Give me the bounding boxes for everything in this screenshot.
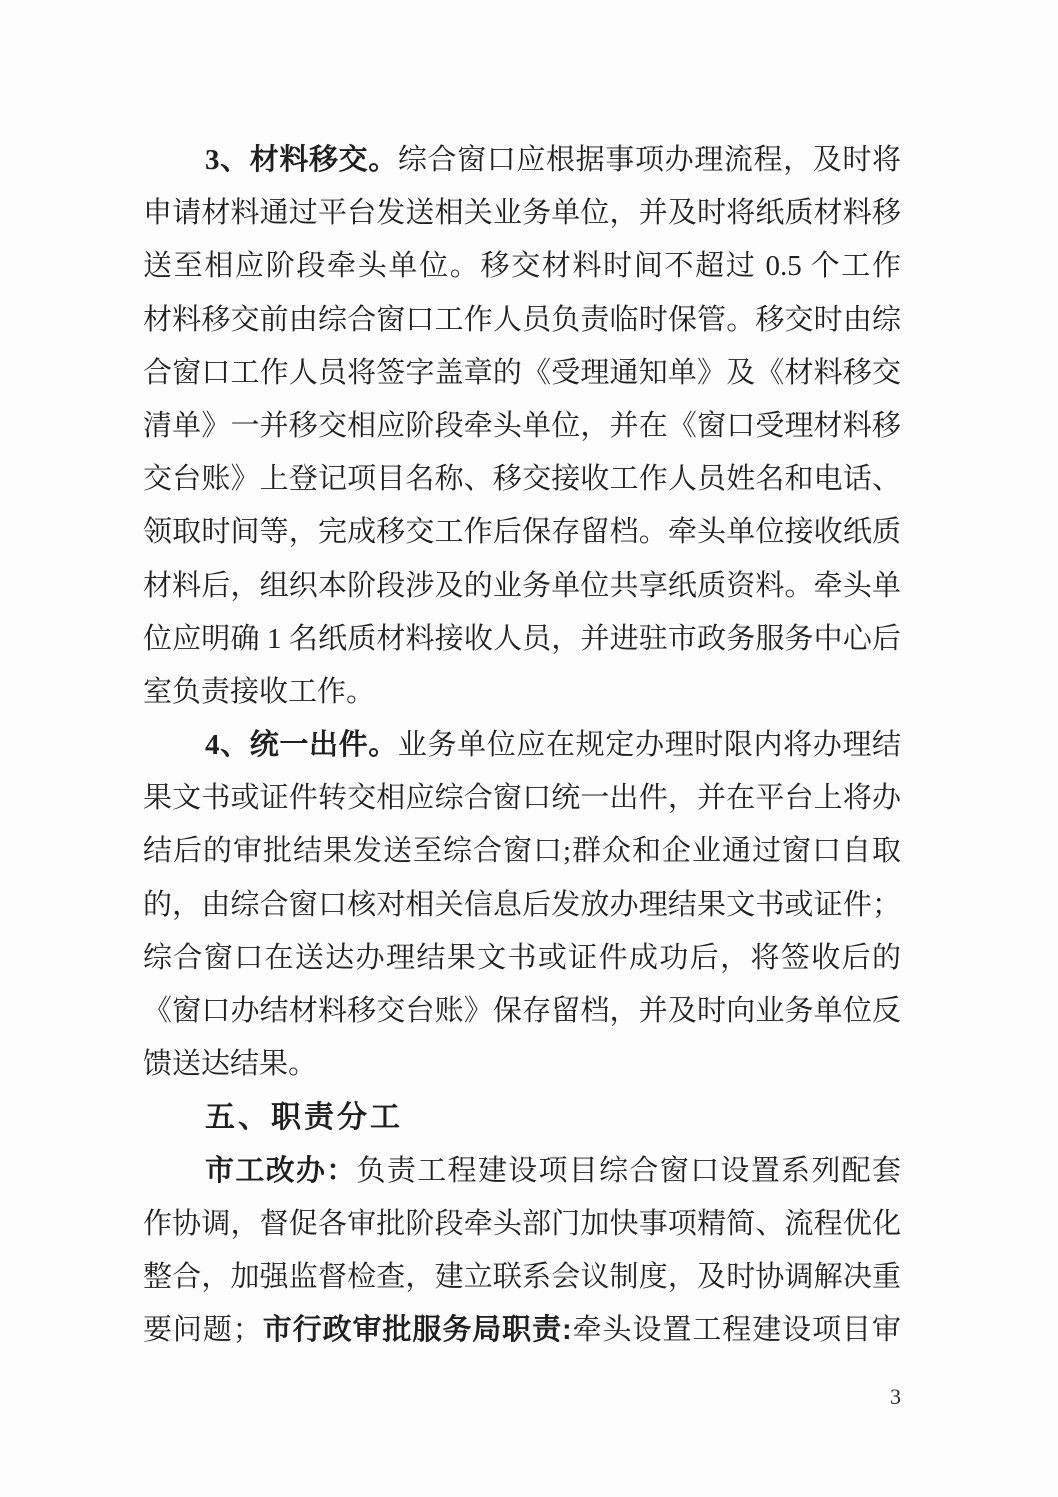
text-run: 牵头设置工程建设项目审 [572,1314,901,1346]
emphasized-text-run: 市行政审批服务局职责: [262,1314,572,1346]
text-run: 交台账》上登记项目名称、移交接收工作人员姓名和电话、 [143,463,901,495]
text-line: 室负责接收工作。 [143,666,901,719]
text-line: 申请材料通过平台发送相关业务单位，并及时将纸质材料移 [143,187,901,240]
text-run: 结后的审批结果发送至综合窗口;群众和企业通过窗口自取 [143,835,901,867]
text-run: 材料后，组织本阶段涉及的业务单位共享纸质资料。牵头单 [143,570,901,602]
emphasized-text-run: 市工改办： [205,1155,357,1187]
text-line: 要问题；市行政审批服务局职责:牵头设置工程建设项目审 [143,1304,901,1357]
text-run: 《窗口办结材料移交台账》保存留档，并及时向业务单位反 [143,995,901,1027]
text-run: 综合窗口在送达办理结果文书或证件成功后，将签收后的 [143,942,901,974]
text-run: 位应明确 1 名纸质材料接收人员，并进驻市政务服务中心后 [143,623,901,655]
text-run: 综合窗口应根据事项办理流程，及时将 [398,144,901,176]
text-line: 合窗口工作人员将签字盖章的《受理通知单》及《材料移交 [143,347,901,400]
text-line: 作协调，督促各审批阶段牵头部门加快事项精简、流程优化 [143,1198,901,1251]
text-line: 市工改办：负责工程建设项目综合窗口设置系列配套工 [143,1145,901,1198]
text-run: 整合，加强监督检查，建立联系会议制度，及时协调解决重 [143,1261,901,1293]
text-line: 3、材料移交。综合窗口应根据事项办理流程，及时将 [143,134,901,187]
text-run: 清单》一并移交相应阶段牵头单位，并在《窗口受理材料移 [143,410,901,442]
text-run: 领取时间等，完成移交工作后保存留档。牵头单位接收纸质 [143,516,901,548]
text-run: 合窗口工作人员将签字盖章的《受理通知单》及《材料移交 [143,357,901,389]
text-line: 结后的审批结果发送至综合窗口;群众和企业通过窗口自取 [143,825,901,878]
text-run: 的，由综合窗口核对相关信息后发放办理结果文书或证件； [143,889,901,921]
text-run: 作协调，督促各审批阶段牵头部门加快事项精简、流程优化 [143,1208,901,1240]
text-line: 清单》一并移交相应阶段牵头单位，并在《窗口受理材料移 [143,400,901,453]
section-heading: 五、职责分工 [143,1091,901,1144]
text-line: 4、统一出件。业务单位应在规定办理时限内将办理结 [143,719,901,772]
text-line: 位应明确 1 名纸质材料接收人员，并进驻市政务服务中心后 [143,613,901,666]
text-run: 业务单位应在规定办理时限内将办理结 [398,729,901,761]
text-run: 果文书或证件转交相应综合窗口统一出件，并在平台上将办 [143,782,901,814]
text-line: 的，由综合窗口核对相关信息后发放办理结果文书或证件； [143,879,901,932]
text-line: 馈送达结果。 [143,1038,901,1091]
text-run: 馈送达结果。 [143,1048,317,1080]
text-line: 《窗口办结材料移交台账》保存留档，并及时向业务单位反 [143,985,901,1038]
emphasized-text-run: 4、统一出件。 [205,729,398,761]
document-page: 3、材料移交。综合窗口应根据事项办理流程，及时将申请材料通过平台发送相关业务单位… [0,0,1058,1497]
document-text-block: 3、材料移交。综合窗口应根据事项办理流程，及时将申请材料通过平台发送相关业务单位… [143,134,901,1357]
text-run: 材料移交前由综合窗口工作人员负责临时保管。移交时由综 [143,304,901,336]
text-run: 室负责接收工作。 [143,676,375,708]
emphasized-text-run: 五、职责分工 [205,1101,403,1134]
text-run: 送至相应阶段牵头单位。移交材料时间不超过 0.5 个工作日， [143,250,901,293]
text-line: 材料移交前由综合窗口工作人员负责临时保管。移交时由综 [143,294,901,347]
text-line: 送至相应阶段牵头单位。移交材料时间不超过 0.5 个工作日， [143,240,901,293]
page-number: 3 [143,1383,901,1411]
emphasized-text-run: 3、材料移交。 [205,144,398,176]
text-line: 领取时间等，完成移交工作后保存留档。牵头单位接收纸质 [143,506,901,559]
text-line: 果文书或证件转交相应综合窗口统一出件，并在平台上将办 [143,772,901,825]
text-line: 综合窗口在送达办理结果文书或证件成功后，将签收后的 [143,932,901,985]
text-run: 要问题； [143,1314,262,1346]
text-line: 材料后，组织本阶段涉及的业务单位共享纸质资料。牵头单 [143,560,901,613]
text-run: 申请材料通过平台发送相关业务单位，并及时将纸质材料移 [143,197,901,229]
text-line: 交台账》上登记项目名称、移交接收工作人员姓名和电话、 [143,453,901,506]
text-line: 整合，加强监督检查，建立联系会议制度，及时协调解决重 [143,1251,901,1304]
